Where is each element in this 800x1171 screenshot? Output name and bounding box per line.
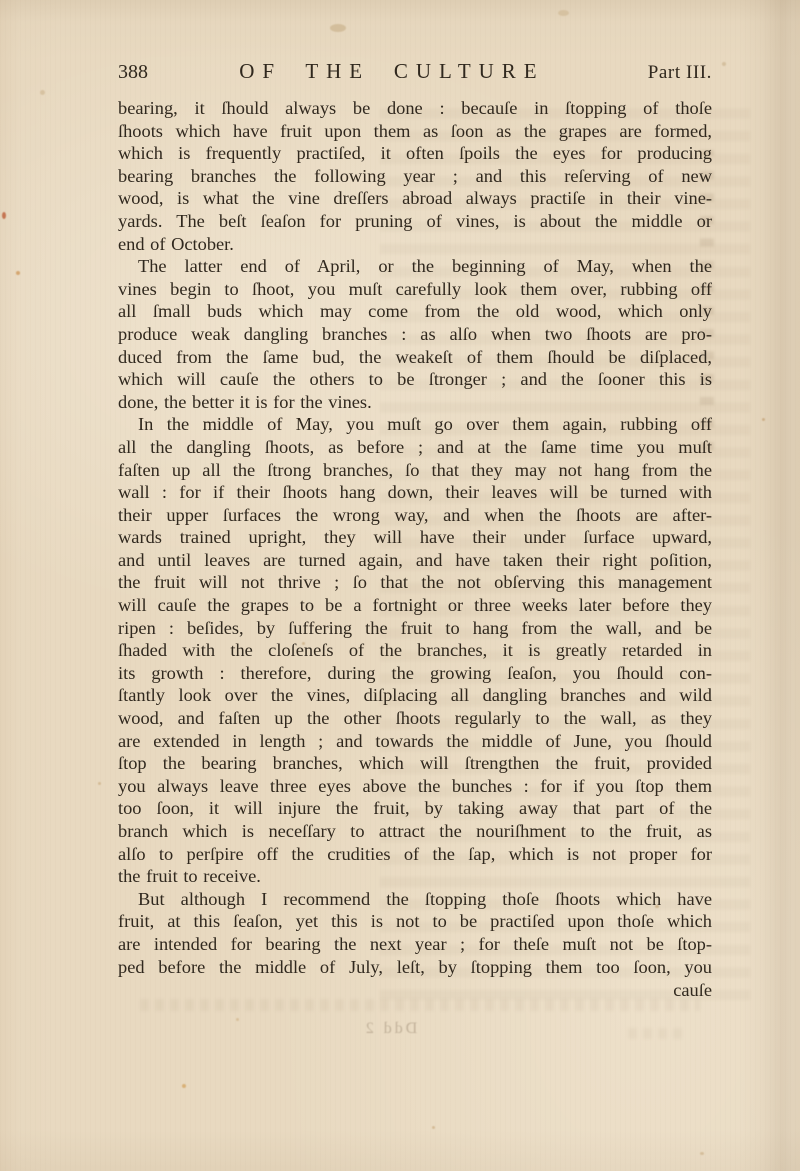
text-line: which is frequently practiſed, it often … — [118, 142, 712, 165]
text-line: ſhoots which have fruit upon them as ſoo… — [118, 120, 712, 143]
text-line: wards trained upright, they will have th… — [118, 526, 712, 549]
catchword: cauſe — [118, 979, 712, 1002]
paper-speck — [722, 62, 726, 66]
text-line: their upper ſurfaces the wrong way, and … — [118, 504, 712, 527]
running-head: 388 OF THE CULTURE Part III. — [118, 58, 712, 86]
paper-speck — [2, 212, 6, 219]
text-line: wood, is what the vine dreſſers abroad a… — [118, 187, 712, 210]
body-text: bearing, it ſhould always be done : beca… — [118, 97, 712, 978]
show-through-word — [628, 1028, 688, 1039]
text-line: and until leaves are turned again, and h… — [118, 549, 712, 572]
text-line: ſtantly look over the vines, diſplacing … — [118, 684, 712, 707]
text-line: all the dangling ſhoots, as before ; and… — [118, 436, 712, 459]
book-page: 388 OF THE CULTURE Part III. bearing, it… — [0, 0, 800, 1171]
text-line: duced from the ſame bud, the weakeſt of … — [118, 346, 712, 369]
text-line: will cauſe the grapes to be a fortnight … — [118, 594, 712, 617]
text-line: vines begin to ſhoot, you muſt carefully… — [118, 278, 712, 301]
paper-speck — [182, 1084, 186, 1088]
text-line: ſtop the bearing branches, which will ſt… — [118, 752, 712, 775]
text-line: bearing branches the following year ; an… — [118, 165, 712, 188]
text-line: ped before the middle of July, leſt, by … — [118, 956, 712, 979]
text-line: ſhaded with the cloſeneſs of the branche… — [118, 639, 712, 662]
text-line: fruit, at this ſeaſon, yet this is not t… — [118, 910, 712, 933]
text-line: wall : for if their ſhoots hang down, th… — [118, 481, 712, 504]
text-line: But although I recommend the ſtopping th… — [118, 888, 712, 911]
text-line: In the middle of May, you muſt go over t… — [118, 413, 712, 436]
text-line: produce weak dangling branches : as alſo… — [118, 323, 712, 346]
text-line: too ſoon, it will injure the fruit, by t… — [118, 797, 712, 820]
text-line: the fruit will not thrive ; ſo that the … — [118, 571, 712, 594]
page-number: 388 — [118, 59, 148, 85]
paper-speck — [40, 90, 45, 95]
part-label: Part III. — [648, 60, 712, 86]
paper-speck — [558, 10, 569, 16]
text-line: The latter end of April, or the beginnin… — [118, 255, 712, 278]
running-title: OF THE CULTURE — [239, 58, 544, 84]
text-line: alſo to perſpire off the crudities of th… — [118, 843, 712, 866]
text-line: are extended in length ; and towards the… — [118, 730, 712, 753]
text-line: branch which is neceſſary to attract the… — [118, 820, 712, 843]
paper-speck — [236, 1018, 239, 1021]
text-line: you always leave three eyes above the bu… — [118, 775, 712, 798]
text-line: yards. The beſt ſeaſon for pruning of vi… — [118, 210, 712, 233]
text-line: its growth : therefore, during the growi… — [118, 662, 712, 685]
text-line: wood, and faſten up the other ſhoots reg… — [118, 707, 712, 730]
text-line: which will cauſe the others to be ſtrong… — [118, 368, 712, 391]
text-line: faſten up all the ſtrong branches, ſo th… — [118, 459, 712, 482]
paper-speck — [98, 782, 101, 785]
text-line: the fruit to receive. — [118, 865, 712, 888]
paper-speck — [16, 271, 20, 275]
text-line: are intended for bearing the next year ;… — [118, 933, 712, 956]
text-line: done, the better it is for the vines. — [118, 391, 712, 414]
text-line: bearing, it ſhould always be done : beca… — [118, 97, 712, 120]
paper-speck — [700, 1152, 704, 1155]
paper-speck — [330, 24, 346, 32]
paper-speck — [762, 418, 765, 421]
show-through-signature: Ddd 2 — [330, 1020, 450, 1038]
text-line: ripen : beſides, by ſuffering the fruit … — [118, 617, 712, 640]
text-line: all ſmall buds which may come from the o… — [118, 300, 712, 323]
paper-speck — [432, 1126, 435, 1129]
text-line: end of October. — [118, 233, 712, 256]
